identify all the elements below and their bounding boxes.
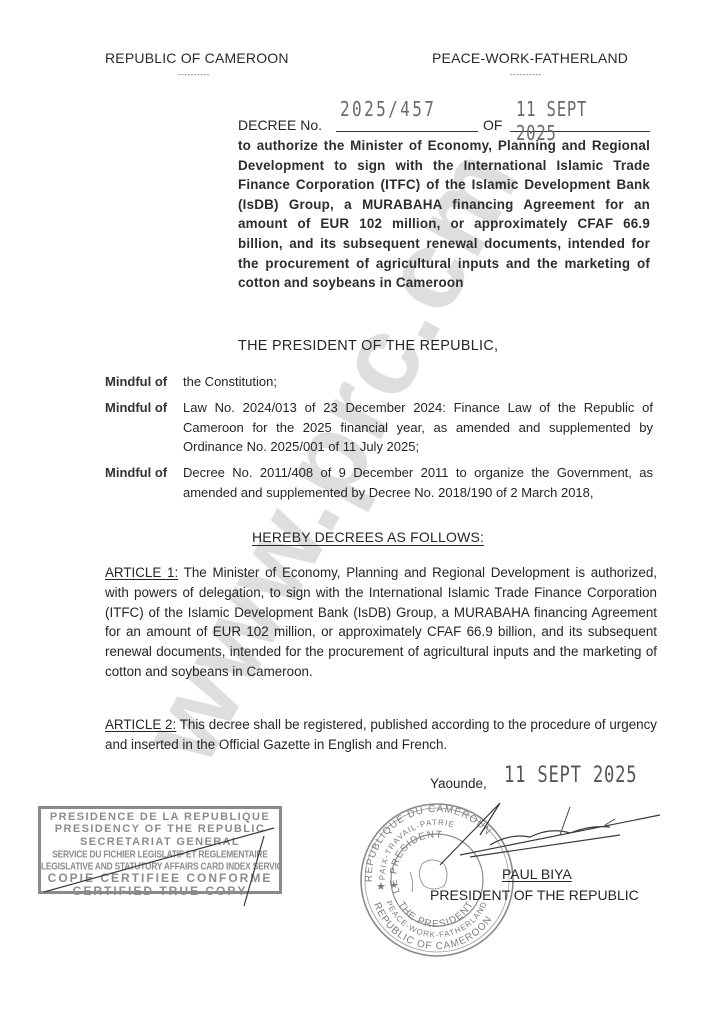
header-motto: PEACE-WORK-FATHERLAND <box>432 50 628 66</box>
mindful-clause: Mindful of Law No. 2024/013 of 23 Decemb… <box>105 398 653 457</box>
signatory-title: PRESIDENT OF THE REPUBLIC <box>430 887 639 903</box>
header-separator-left: ---------- <box>178 70 210 79</box>
signature-place: Yaounde, <box>430 776 487 791</box>
decree-number-line: DECREE No. 2025/457 OF 11 SEPT 2025 <box>238 101 658 135</box>
article-1: ARTICLE 1: The Minister of Economy, Plan… <box>105 563 657 682</box>
header-country: REPUBLIC OF CAMEROON <box>105 50 289 66</box>
mindful-text: Law No. 2024/013 of 23 December 2024: Fi… <box>183 398 653 457</box>
mindful-clause: Mindful of Decree No. 2011/408 of 9 Dece… <box>105 463 653 502</box>
decree-label: DECREE No. <box>238 117 322 133</box>
signatory-name: PAUL BIYA <box>502 866 572 882</box>
article-label: ARTICLE 1: <box>105 565 178 580</box>
mindful-clause: Mindful of the Constitution; <box>105 372 653 392</box>
decree-of-label: OF <box>483 117 502 133</box>
hereby-decrees-heading: HEREBY DECREES AS FOLLOWS: <box>252 529 484 545</box>
article-label: ARTICLE 2: <box>105 717 176 732</box>
svg-text:★: ★ <box>376 881 386 893</box>
stamp-strike-icon <box>38 806 288 906</box>
svg-text:★: ★ <box>390 880 398 890</box>
article-text: This decree shall be registered, publish… <box>105 717 657 752</box>
mindful-text: Decree No. 2011/408 of 9 December 2011 t… <box>183 463 653 502</box>
decree-number-stamp: 2025/457 <box>340 97 436 121</box>
header-separator-right: ---------- <box>510 70 542 79</box>
signature-date-stamp: 11 SEPT 2025 <box>504 763 637 788</box>
mindful-label: Mindful of <box>105 463 167 483</box>
mindful-label: Mindful of <box>105 398 167 418</box>
decree-number-blank <box>336 131 478 132</box>
decree-title: to authorize the Minister of Economy, Pl… <box>238 136 650 293</box>
signature-icon <box>420 795 680 875</box>
mindful-label: Mindful of <box>105 372 167 392</box>
article-text: The Minister of Economy, Planning and Re… <box>105 565 657 679</box>
mindful-text: the Constitution; <box>183 372 653 392</box>
article-2: ARTICLE 2: This decree shall be register… <box>105 715 657 755</box>
president-heading: THE PRESIDENT OF THE REPUBLIC, <box>238 338 498 354</box>
